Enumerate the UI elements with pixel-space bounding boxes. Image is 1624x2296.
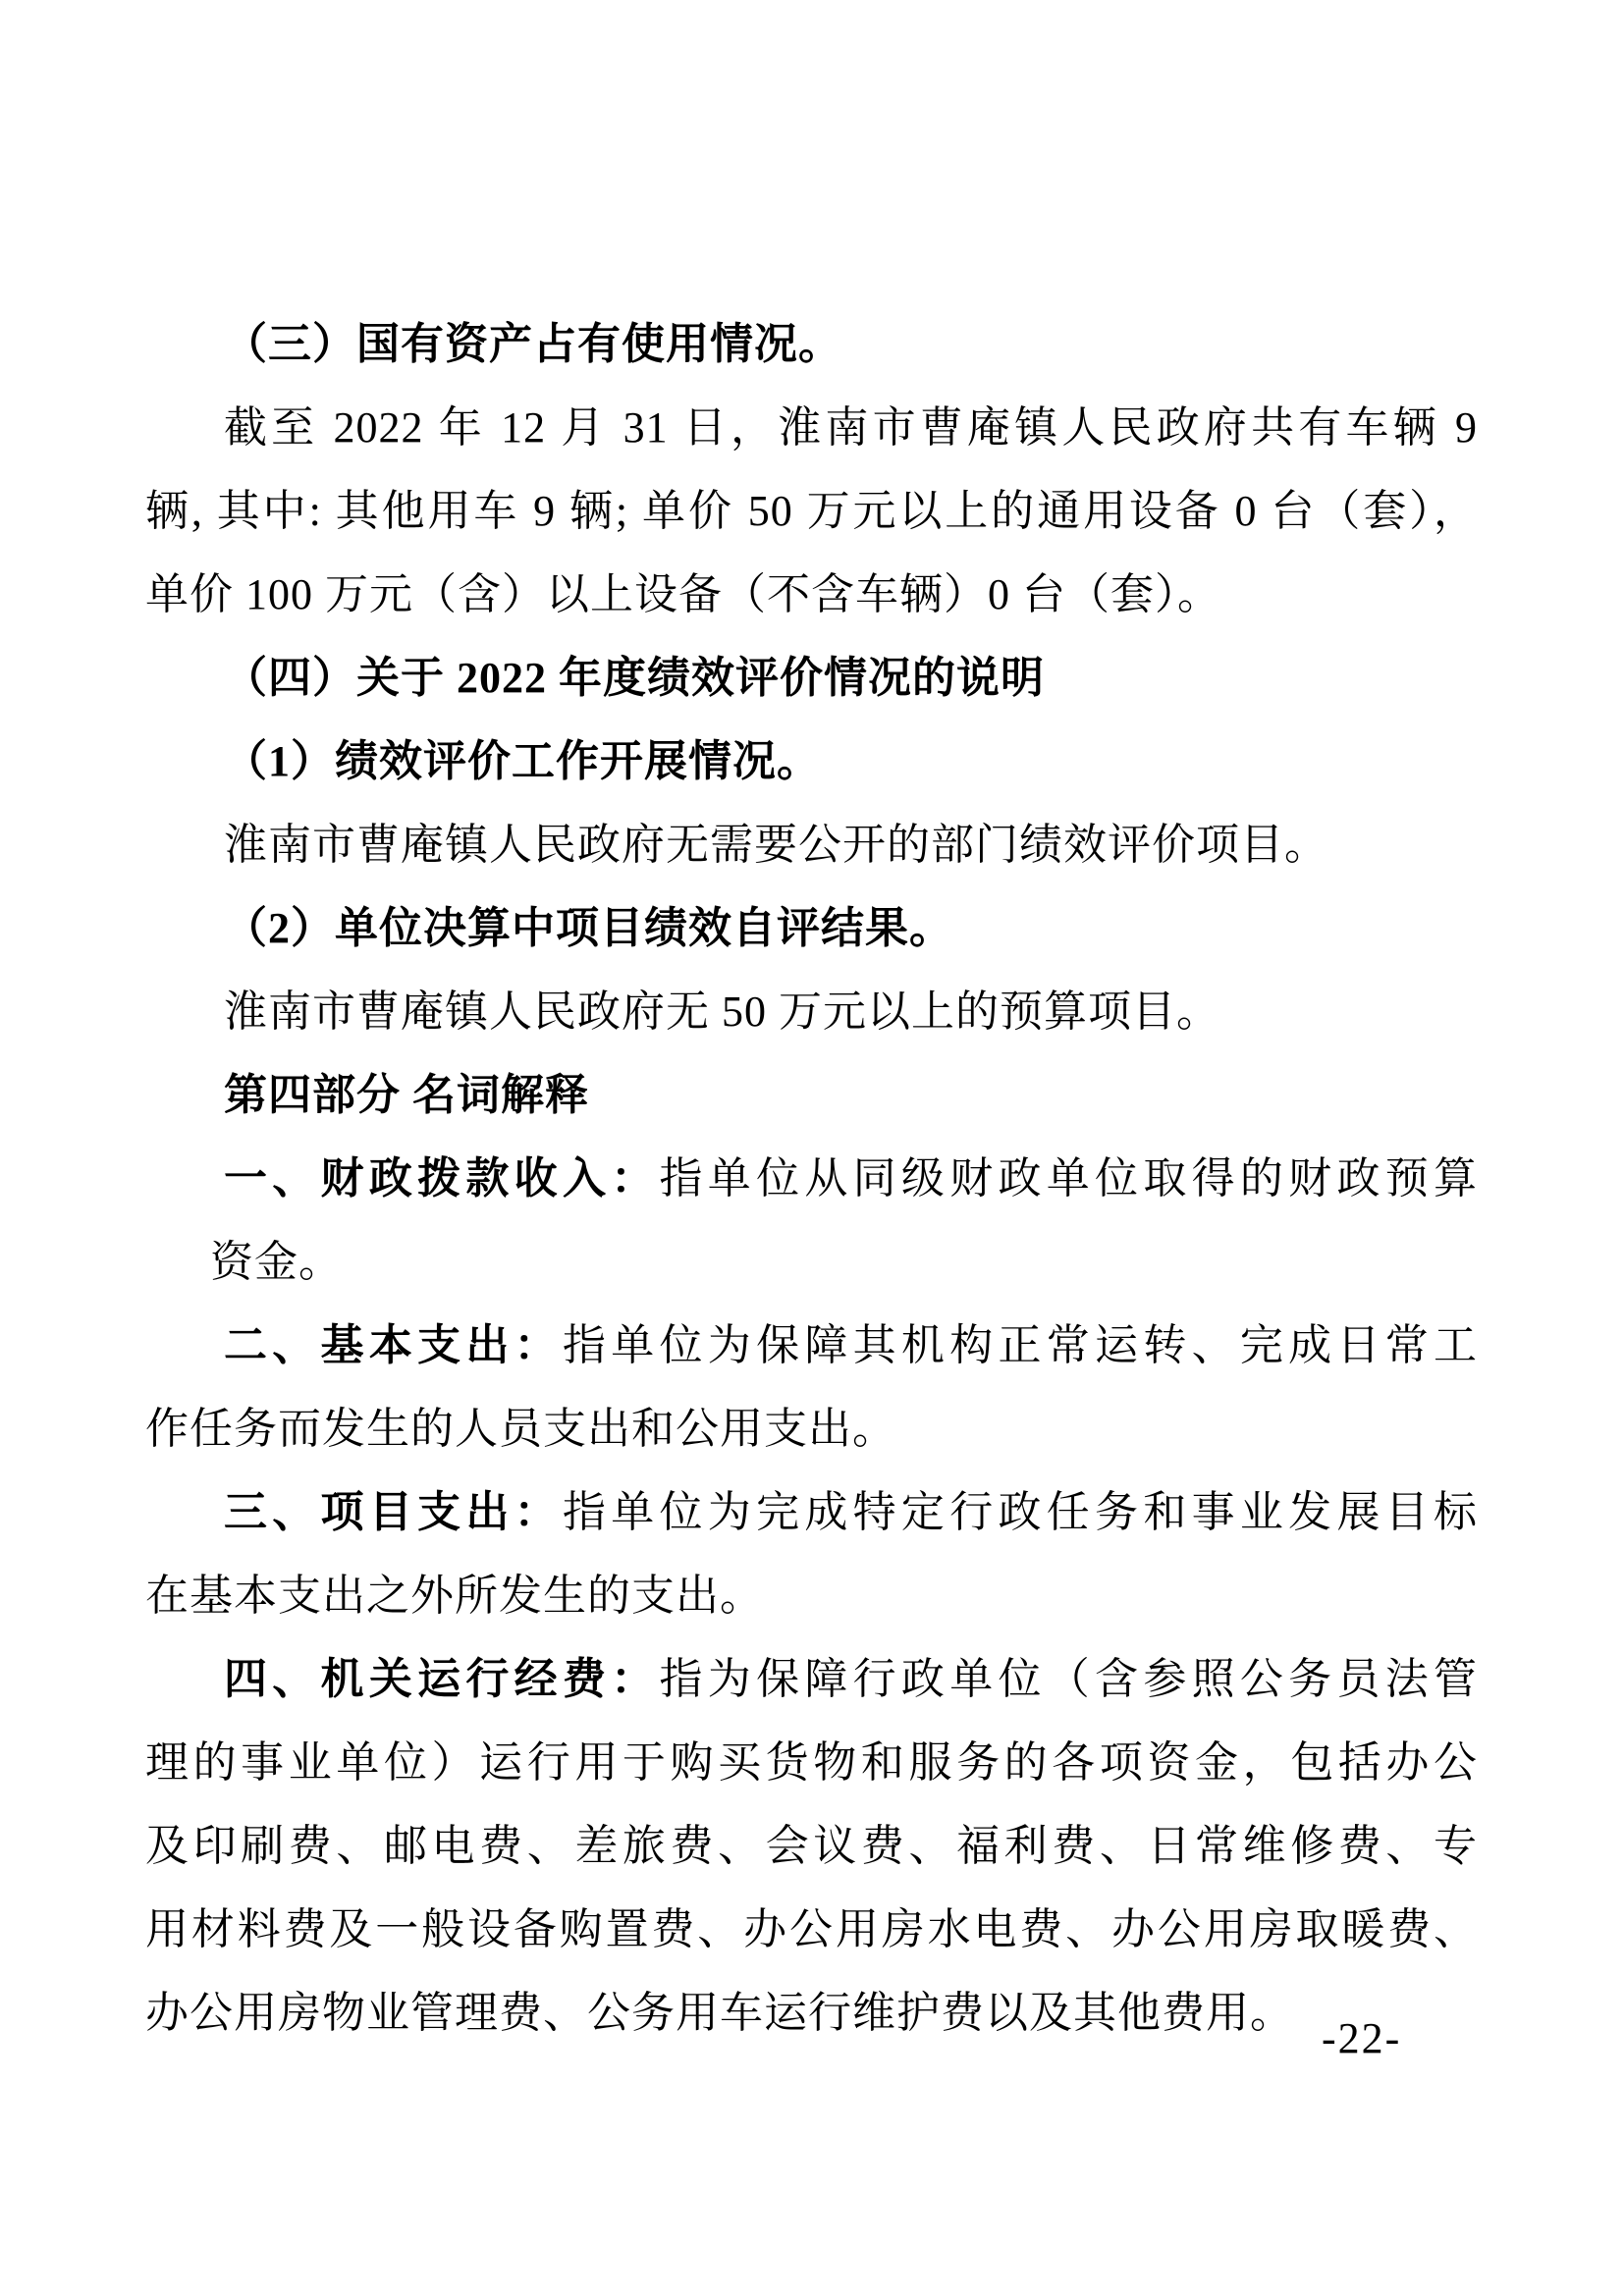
glossary-term-2-definition: 指单位为保障其机构正常运转、完成日常工 [563,1321,1478,1369]
glossary-term-3-line-2: 在基本支出之外所发生的支出。 [145,1554,1478,1637]
state-assets-heading: （三）国有资产占有使用情况。 [145,302,1478,386]
glossary-term-1-definition: 指单位从同级财政单位取得的财政预算 [660,1154,1478,1202]
performance-sub2-body: 淮南市曹庵镇人民政府无 50 万元以上的预算项目。 [145,970,1478,1053]
state-assets-line-1: 截至 2022 年 12 月 31 日，淮南市曹庵镇人民政府共有车辆 9 [145,386,1478,469]
glossary-term-1-line-1: 一、财政拨款收入：指单位从同级财政单位取得的财政预算 [145,1137,1478,1220]
glossary-term-2-line-1: 二、基本支出：指单位为保障其机构正常运转、完成日常工 [145,1304,1478,1387]
glossary-term-4-line-1: 四、机关运行经费：指为保障行政单位（含参照公务员法管 [145,1637,1478,1721]
performance-sub1-body: 淮南市曹庵镇人民政府无需要公开的部门绩效评价项目。 [145,803,1478,886]
glossary-term-4-line-4: 用材料费及一般设备购置费、办公用房水电费、办公用房取暖费、 [145,1888,1478,1971]
glossary-term-3-line-1: 三、项目支出：指单位为完成特定行政任务和事业发展目标 [145,1470,1478,1554]
glossary-term-3-definition: 指单位为完成特定行政任务和事业发展目标 [563,1488,1478,1536]
performance-sub2-heading: （2）单位决算中项目绩效自评结果。 [145,886,1478,970]
glossary-part-heading: 第四部分 名词解释 [145,1053,1478,1137]
glossary-term-4-label: 四、机关运行经费： [224,1655,660,1703]
performance-sub1-heading: （1）绩效评价工作开展情况。 [145,720,1478,803]
performance-heading: （四）关于 2022 年度绩效评价情况的说明 [145,636,1478,720]
state-assets-line-2: 辆, 其中: 其他用车 9 辆; 单价 50 万元以上的通用设备 0 台（套）， [145,469,1478,553]
glossary-term-4-line-2: 理的事业单位）运行用于购买货物和服务的各项资金，包括办公 [145,1721,1478,1804]
glossary-term-3-label: 三、项目支出： [224,1488,563,1536]
glossary-term-1-line-2: 资金。 [145,1220,1478,1304]
page-content: （三）国有资产占有使用情况。 截至 2022 年 12 月 31 日，淮南市曹庵… [145,302,1478,2055]
glossary-term-4-definition: 指为保障行政单位（含参照公务员法管 [660,1655,1478,1703]
glossary-term-2-line-2: 作任务而发生的人员支出和公用支出。 [145,1387,1478,1470]
glossary-term-4-line-5: 办公用房物业管理费、公务用车运行维护费以及其他费用。 [145,1971,1478,2055]
glossary-term-1-label: 一、财政拨款收入： [224,1154,660,1202]
glossary-term-4-line-3: 及印刷费、邮电费、差旅费、会议费、福利费、日常维修费、专 [145,1804,1478,1888]
state-assets-line-3: 单价 100 万元（含）以上设备（不含车辆）0 台（套）。 [145,553,1478,636]
glossary-term-2-label: 二、基本支出： [224,1321,563,1369]
document-page: （三）国有资产占有使用情况。 截至 2022 年 12 月 31 日，淮南市曹庵… [0,0,1624,2296]
page-number: -22- [1322,2014,1401,2063]
